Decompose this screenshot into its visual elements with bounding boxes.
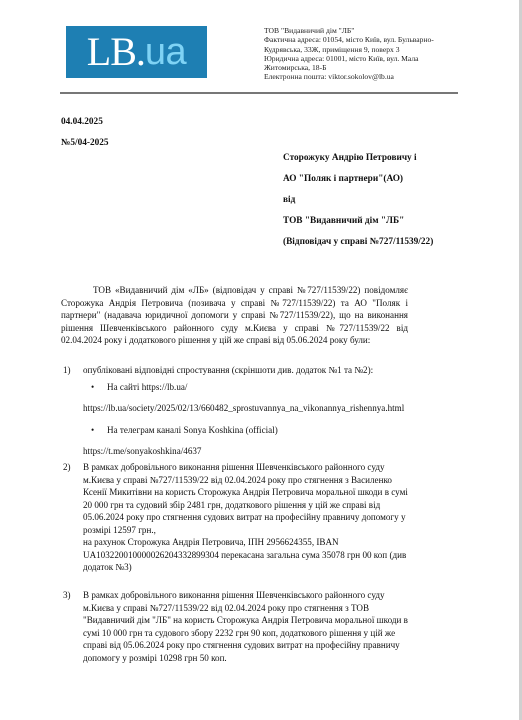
actual-address-line-2: Кудрявська, 33Ж, приміщення 9, поверх 3: [264, 45, 464, 54]
letter-number: №5/04-2025: [61, 138, 109, 148]
list-line: Ксенії Микитівни на користь Сторожука Ан…: [83, 486, 421, 499]
bullet-icon: •: [91, 381, 94, 394]
bullet-label: На телеграм каналі Sonya Koshkina (offic…: [107, 425, 278, 435]
email-line: Електронна пошта: viktor.sokolov@lb.ua: [264, 72, 464, 81]
list-item-2: 2) В рамках добровільного виконання ріше…: [61, 461, 421, 574]
addressee-line: (Відповідач у справі №727/11539/22): [283, 236, 433, 257]
bullet-telegram: • На телеграм каналі Sonya Koshkina (off…: [61, 424, 421, 437]
company-name: ТОВ "Видавничий дім "ЛБ": [264, 26, 464, 35]
addressee-block: Сторожуку Андрію Петровичу і АО "Поляк і…: [283, 152, 433, 257]
header-divider: [60, 92, 458, 94]
list-number: 2): [63, 461, 71, 474]
lb-article-link[interactable]: https://lb.ua/society/2025/02/13/660482_…: [61, 402, 421, 415]
list-line: UA103220010000026204332899304 перекасана…: [83, 549, 421, 562]
list-line: 05.06.2024 року про стягнення судових ви…: [83, 511, 421, 524]
list-line: справі від 05.06.2024 року про стягнення…: [83, 639, 421, 652]
actual-address-line-1: Фактична адреса: 01054, місто Київ, вул.…: [264, 35, 464, 44]
list-line: додаток №3): [83, 561, 421, 574]
legal-address-line-1: Юридична адреса: 01001, місто Київ, вул.…: [264, 54, 464, 63]
list-number: 3): [63, 589, 71, 602]
letter-date: 04.04.2025: [61, 117, 103, 127]
list-line: допомогу у розмірі 10298 грн 50 коп.: [83, 652, 421, 665]
list-line: 20 000 грн та судовий збір 2481 грн, дод…: [83, 499, 421, 512]
list-item-3: 3) В рамках добровільного виконання ріше…: [61, 589, 421, 664]
list-line: розмірі 12597 грн.,: [83, 524, 421, 537]
addressee-line: АО "Поляк і партнери"(АО): [283, 173, 433, 194]
list-line: В рамках добровільного виконання рішення…: [83, 589, 421, 602]
list-line: "Видавничий дім "ЛБ" на користь Сторожук…: [83, 614, 421, 627]
list-line: на рахунок Сторожука Андрія Петровича, І…: [83, 536, 421, 549]
telegram-link[interactable]: https://t.me/sonyakoshkina/4637: [61, 445, 421, 458]
list-line: м.Києва у справі №727/11539/22 від 02.04…: [83, 474, 421, 487]
list-line: В рамках добровільного виконання рішення…: [83, 461, 421, 474]
bullet-icon: •: [91, 424, 94, 437]
logo-suffix: ua: [145, 33, 186, 71]
intro-paragraph: ТОВ «Видавничий дім «ЛБ» (відповідач у с…: [61, 284, 408, 347]
logo-main: LB.: [87, 32, 145, 72]
company-info: ТОВ "Видавничий дім "ЛБ" Фактична адреса…: [264, 26, 464, 82]
list-number: 1): [63, 364, 71, 377]
list-line: сумі 10 000 грн та судового збору 2232 г…: [83, 627, 421, 640]
addressee-line: ТОВ "Видавничий дім "ЛБ": [283, 215, 433, 236]
bullet-site: • На сайті https://lb.ua/: [61, 381, 421, 394]
addressee-line: Сторожуку Андрію Петровичу і: [283, 152, 433, 173]
legal-address-line-2: Житомирська, 18-Б: [264, 63, 464, 72]
list-item-1: 1) опубліковані відповідні спростування …: [61, 364, 421, 467]
list-text: опубліковані відповідні спростування (ск…: [83, 365, 373, 375]
list-line: м.Києва у справі №727/11539/22 від 02.04…: [83, 602, 421, 615]
bullet-label: На сайті https://lb.ua/: [107, 382, 187, 392]
lb-ua-logo: LB.ua: [66, 26, 207, 78]
addressee-line: від: [283, 194, 433, 215]
